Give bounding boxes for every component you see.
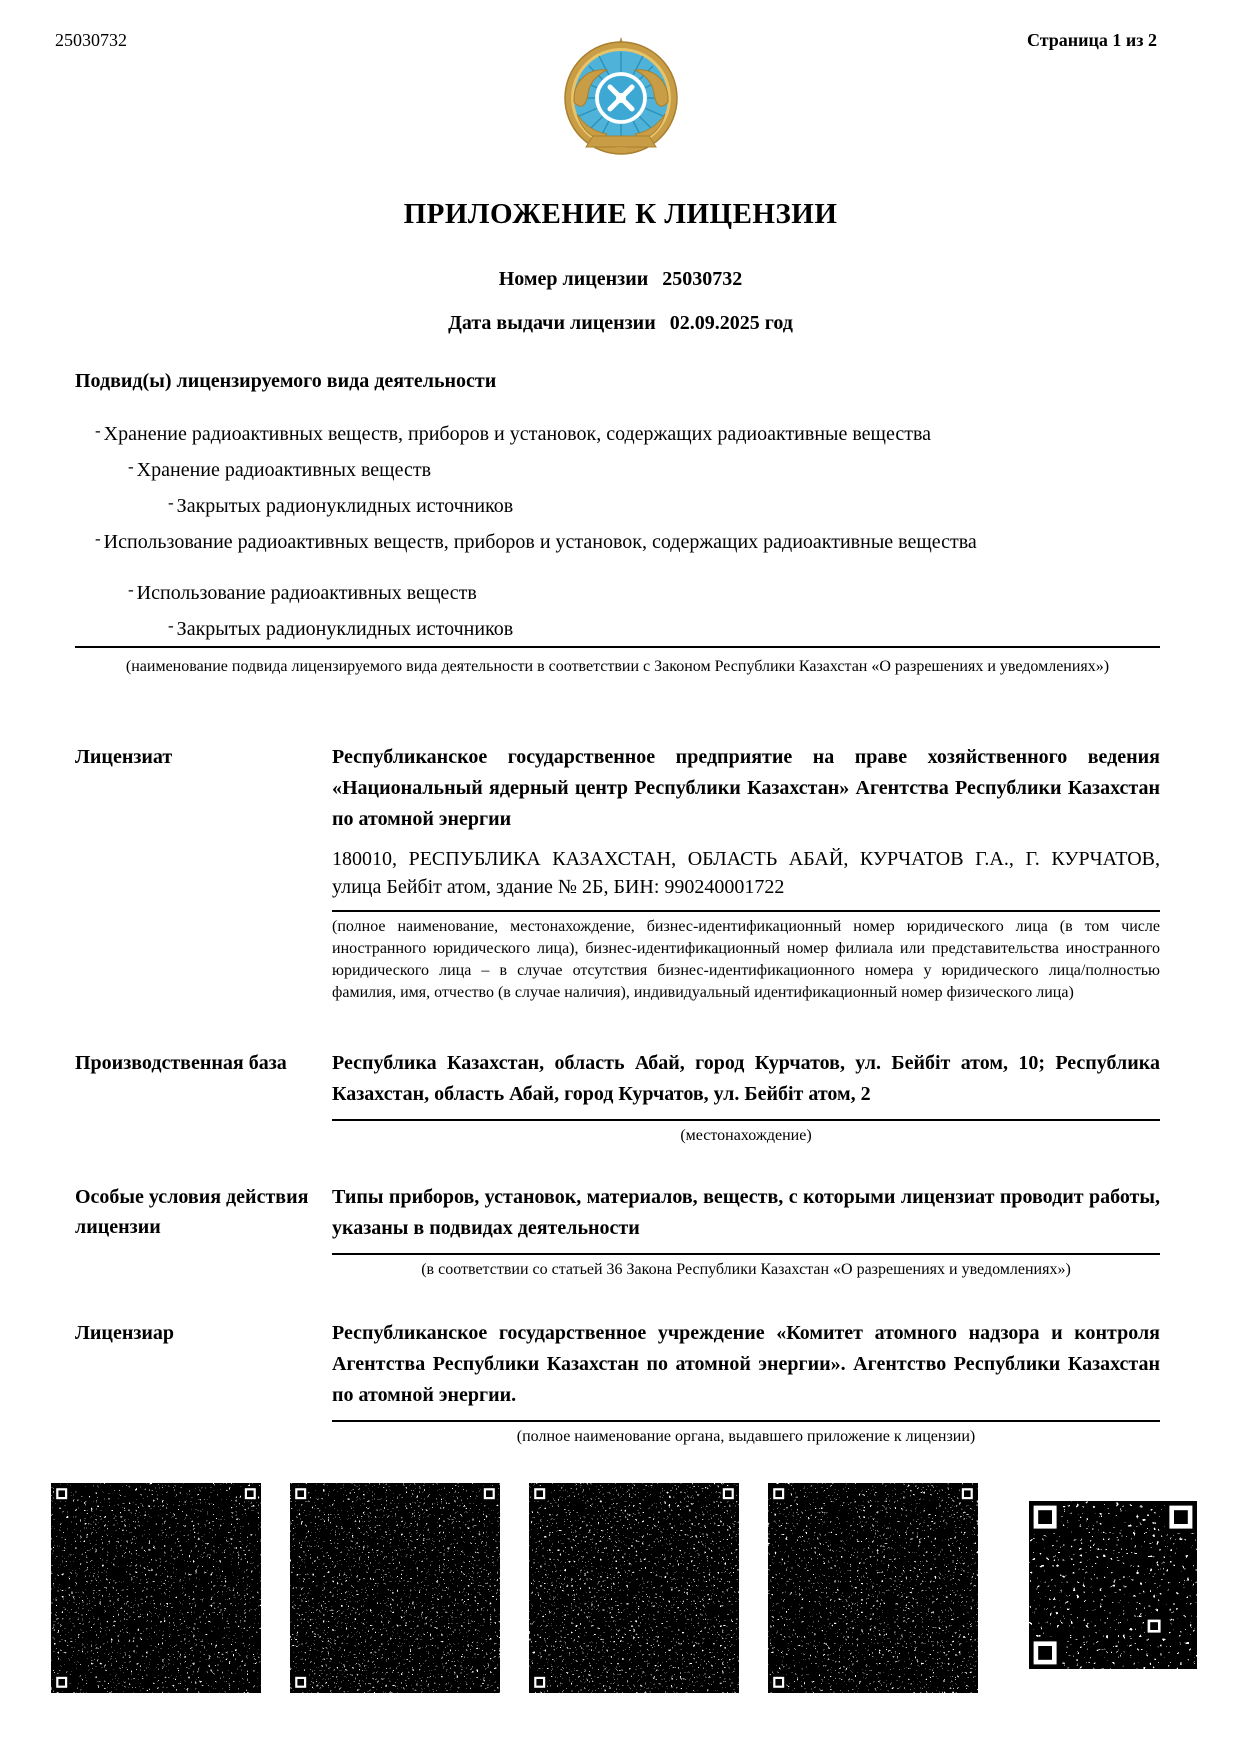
- subtype-item-text: Закрытых радионуклидных источников: [177, 495, 514, 517]
- licensor-value-col: Республиканское государственное учрежден…: [332, 1318, 1160, 1448]
- special-conditions-rule: [332, 1253, 1160, 1255]
- licensor-row: Лицензиар Республиканское государственно…: [75, 1318, 1160, 1448]
- licensor-label: Лицензиар: [75, 1318, 332, 1448]
- subtype-item-text: Хранение радиоактивных веществ: [137, 459, 431, 481]
- licensee-row: Лицензиат Республиканское государственно…: [75, 742, 1160, 1004]
- license-number-label: Номер лицензии: [499, 268, 649, 290]
- issue-date-value: 02.09.2025 год: [670, 312, 793, 334]
- production-base-row: Производственная база Республика Казахст…: [75, 1048, 1160, 1147]
- special-conditions-row: Особые условия действия лицензии Типы пр…: [75, 1182, 1160, 1281]
- subtype-item: -Хранение радиоактивных веществ, приборо…: [95, 420, 1160, 449]
- production-base-value: Республика Казахстан, область Абай, горо…: [332, 1048, 1160, 1110]
- production-base-caption: (местонахождение): [332, 1125, 1160, 1147]
- subtype-item: -Использование радиоактивных веществ: [95, 579, 1160, 608]
- license-attachment-page: 25030732: [0, 0, 1241, 1754]
- subtype-item-text: Использование радиоактивных веществ, при…: [104, 531, 977, 553]
- kazakhstan-emblem-icon: [561, 36, 681, 160]
- license-number-value: 25030732: [662, 268, 742, 290]
- bullet-dash-icon: -: [168, 488, 174, 517]
- production-base-rule: [332, 1119, 1160, 1121]
- qr-code: [1023, 1495, 1203, 1675]
- digital-signature-stamp-1: [51, 1483, 261, 1693]
- subtype-item: -Закрытых радионуклидных источников: [95, 615, 1160, 644]
- digital-signature-stamp-2: [290, 1483, 500, 1693]
- emblem-wrap: [0, 36, 1241, 165]
- production-base-label: Производственная база: [75, 1048, 332, 1147]
- licensee-caption: (полное наименование, местонахождение, б…: [332, 916, 1160, 1004]
- licensor-value: Республиканское государственное учрежден…: [332, 1318, 1160, 1411]
- licensee-label: Лицензиат: [75, 742, 332, 1004]
- subtype-item-text: Хранение радиоактивных веществ, приборов…: [104, 423, 931, 445]
- licensee-name: Республиканское государственное предприя…: [332, 742, 1160, 835]
- special-conditions-caption: (в соответствии со статьей 36 Закона Рес…: [332, 1259, 1160, 1281]
- licensee-value: Республиканское государственное предприя…: [332, 742, 1160, 1004]
- licensor-caption: (полное наименование органа, выдавшего п…: [332, 1426, 1160, 1448]
- subtype-item: -Использование радиоактивных веществ, пр…: [95, 528, 1160, 557]
- licensor-rule: [332, 1420, 1160, 1422]
- licensee-address: 180010, РЕСПУБЛИКА КАЗАХСТАН, ОБЛАСТЬ АБ…: [332, 845, 1160, 901]
- subtype-item-text: Использование радиоактивных веществ: [137, 582, 477, 604]
- subtypes-rule: [75, 646, 1160, 648]
- subtypes-caption: (наименование подвида лицензируемого вид…: [75, 656, 1160, 678]
- page-indicator: Страница 1 из 2: [1027, 30, 1157, 51]
- document-title: ПРИЛОЖЕНИЕ К ЛИЦЕНЗИИ: [0, 198, 1241, 231]
- subtype-item: -Закрытых радионуклидных источников: [95, 492, 1160, 521]
- bullet-dash-icon: -: [128, 452, 134, 481]
- issue-date-label: Дата выдачи лицензии: [448, 312, 656, 334]
- digital-signature-stamp-3: [529, 1483, 739, 1693]
- bullet-dash-icon: -: [95, 416, 101, 445]
- production-base-value-col: Республика Казахстан, область Абай, горо…: [332, 1048, 1160, 1147]
- license-number-row: Номер лицензии25030732: [0, 268, 1241, 291]
- special-conditions-label: Особые условия действия лицензии: [75, 1182, 332, 1281]
- bullet-dash-icon: -: [168, 611, 174, 640]
- subtype-item-text: Закрытых радионуклидных источников: [177, 618, 514, 640]
- special-conditions-value: Типы приборов, установок, материалов, ве…: [332, 1182, 1160, 1244]
- subtypes-caption-text: (наименование подвида лицензируемого вид…: [110, 656, 1125, 678]
- subtypes-heading: Подвид(ы) лицензируемого вида деятельнос…: [75, 370, 496, 393]
- subtype-item: -Хранение радиоактивных веществ: [95, 456, 1160, 485]
- licensee-rule: [332, 910, 1160, 912]
- subtypes-list: -Хранение радиоактивных веществ, приборо…: [95, 420, 1160, 651]
- issue-date-row: Дата выдачи лицензии02.09.2025 год: [0, 312, 1241, 335]
- signature-stamps-band: [51, 1483, 1203, 1693]
- special-conditions-value-col: Типы приборов, установок, материалов, ве…: [332, 1182, 1160, 1281]
- digital-signature-stamp-4: [768, 1483, 978, 1693]
- bullet-dash-icon: -: [95, 524, 101, 553]
- bullet-dash-icon: -: [128, 575, 134, 604]
